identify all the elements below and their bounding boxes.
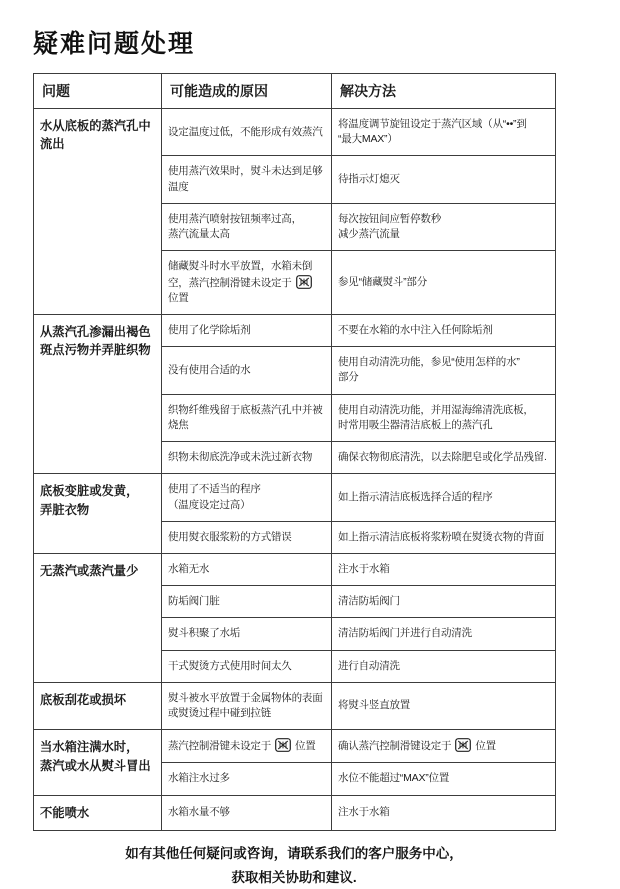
col-header-problem: 问题 [34,74,162,109]
problem-cell: 底板变脏或发黄， 弄脏衣物 [34,474,162,554]
cause-cell: 设定温度过低，不能形成有效蒸汽 [162,109,332,156]
table-row: 水从底板的蒸汽孔中 流出 设定温度过低，不能形成有效蒸汽 将温度调节旋钮设定于蒸… [34,109,556,156]
cause-cell: 水箱无水 [162,553,332,585]
no-steam-icon [275,738,291,752]
no-steam-icon [455,738,471,752]
solution-cell: 清洁防垢阀门 [332,586,556,618]
solution-cell: 参见“储藏熨斗”部分 [332,251,556,315]
solution-cell: 水位不能超过“MAX”位置 [332,763,556,795]
cause-cell: 使用熨衣服浆粉的方式错误 [162,521,332,553]
solution-cell: 确保衣物彻底清洗，以去除肥皂或化学品残留. [332,442,556,474]
solution-cell: 确认蒸汽控制滑键设定于位置 [332,730,556,763]
no-steam-icon [296,275,312,289]
cause-cell: 使用蒸汽喷射按钮频率过高， 蒸汽流量太高 [162,203,332,250]
solution-text: 位置 [475,740,496,752]
cause-cell: 熨斗积聚了水垢 [162,618,332,650]
solution-cell: 不要在水箱的水中注入任何除垢剂 [332,314,556,346]
solution-cell: 将熨斗竖直放置 [332,682,556,729]
problem-cell: 水从底板的蒸汽孔中 流出 [34,109,162,315]
col-header-solution: 解决方法 [332,74,556,109]
cause-text: 位置 [295,740,316,752]
table-row: 底板变脏或发黄， 弄脏衣物 使用了不适当的程序 （温度设定过高） 如上指示清洁底… [34,474,556,521]
cause-cell: 储藏熨斗时水平放置，水箱未倒空，蒸汽控制滑键未设定于位置 [162,251,332,315]
solution-cell: 使用自动清洗功能，参见“使用怎样的水” 部分 [332,347,556,394]
problem-cell: 无蒸汽或蒸汽量少 [34,553,162,682]
solution-cell: 每次按钮间应暂停数秒 减少蒸汽流量 [332,203,556,250]
solution-cell: 注水于水箱 [332,553,556,585]
table-row: 无蒸汽或蒸汽量少 水箱无水 注水于水箱 [34,553,556,585]
footer-line: 获取相关协助和建议. [33,866,555,889]
footer-line: 如有其他任何疑问或咨询，请联系我们的客户服务中心， [33,842,555,866]
solution-cell: 将温度调节旋钮设定于蒸汽区域（从“••”到 “最大MAX”） [332,109,556,156]
table-row: 当水箱注满水时， 蒸汽或水从熨斗冒出 蒸汽控制滑键未设定于位置 确认蒸汽控制滑键… [34,730,556,763]
cause-text: 蒸汽控制滑键未设定于 [168,740,271,752]
solution-cell: 如上指示清洁底板选择合适的程序 [332,474,556,521]
page-title: 疑难问题处理 [33,24,620,60]
solution-text: 确认蒸汽控制滑键设定于 [338,740,451,752]
cause-cell: 干式熨烫方式使用时间太久 [162,650,332,682]
cause-cell: 使用蒸汽效果时，熨斗未达到足够温度 [162,156,332,203]
footer-note: 如有其他任何疑问或咨询，请联系我们的客户服务中心， 获取相关协助和建议. [33,842,555,889]
cause-cell: 水箱水量不够 [162,795,332,830]
table-row: 底板刮花或损坏 熨斗被水平放置于金属物体的表面或熨烫过程中碰到拉链 将熨斗竖直放… [34,682,556,729]
cause-cell: 没有使用合适的水 [162,347,332,394]
problem-cell: 当水箱注满水时， 蒸汽或水从熨斗冒出 [34,730,162,795]
manual-page: 疑难问题处理 问题 可能造成的原因 解决方法 水从底板的蒸汽孔中 流出 设定温度… [0,0,620,889]
solution-cell: 待指示灯熄灭 [332,156,556,203]
problem-cell: 从蒸汽孔渗漏出褐色 斑点污物并弄脏织物 [34,314,162,473]
troubleshooting-table: 问题 可能造成的原因 解决方法 水从底板的蒸汽孔中 流出 设定温度过低，不能形成… [33,73,556,831]
cause-cell: 织物未彻底洗净或未洗过新衣物 [162,442,332,474]
cause-cell: 使用了不适当的程序 （温度设定过高） [162,474,332,521]
cause-text: 储藏熨斗时水平放置，水箱未倒空，蒸汽控制滑键未设定于 [168,260,312,288]
solution-cell: 使用自动清洗功能，并用湿海绵清洗底板， 时常用吸尘器清洁底板上的蒸汽孔 [332,394,556,441]
cause-cell: 织物纤维残留于底板蒸汽孔中并被烧焦 [162,394,332,441]
cause-cell: 防垢阀门脏 [162,586,332,618]
cause-cell: 使用了化学除垢剂 [162,314,332,346]
table-header-row: 问题 可能造成的原因 解决方法 [34,74,556,109]
solution-cell: 如上指示清洁底板将浆粉喷在熨烫衣物的背面 [332,521,556,553]
cause-cell: 熨斗被水平放置于金属物体的表面或熨烫过程中碰到拉链 [162,682,332,729]
problem-cell: 不能喷水 [34,795,162,830]
solution-cell: 注水于水箱 [332,795,556,830]
cause-text: 位置 [168,292,189,304]
col-header-cause: 可能造成的原因 [162,74,332,109]
solution-cell: 清洁防垢阀门并进行自动清洗 [332,618,556,650]
cause-cell: 水箱注水过多 [162,763,332,795]
table-row: 从蒸汽孔渗漏出褐色 斑点污物并弄脏织物 使用了化学除垢剂 不要在水箱的水中注入任… [34,314,556,346]
cause-cell: 蒸汽控制滑键未设定于位置 [162,730,332,763]
table-row: 不能喷水 水箱水量不够 注水于水箱 [34,795,556,830]
problem-cell: 底板刮花或损坏 [34,682,162,729]
solution-cell: 进行自动清洗 [332,650,556,682]
